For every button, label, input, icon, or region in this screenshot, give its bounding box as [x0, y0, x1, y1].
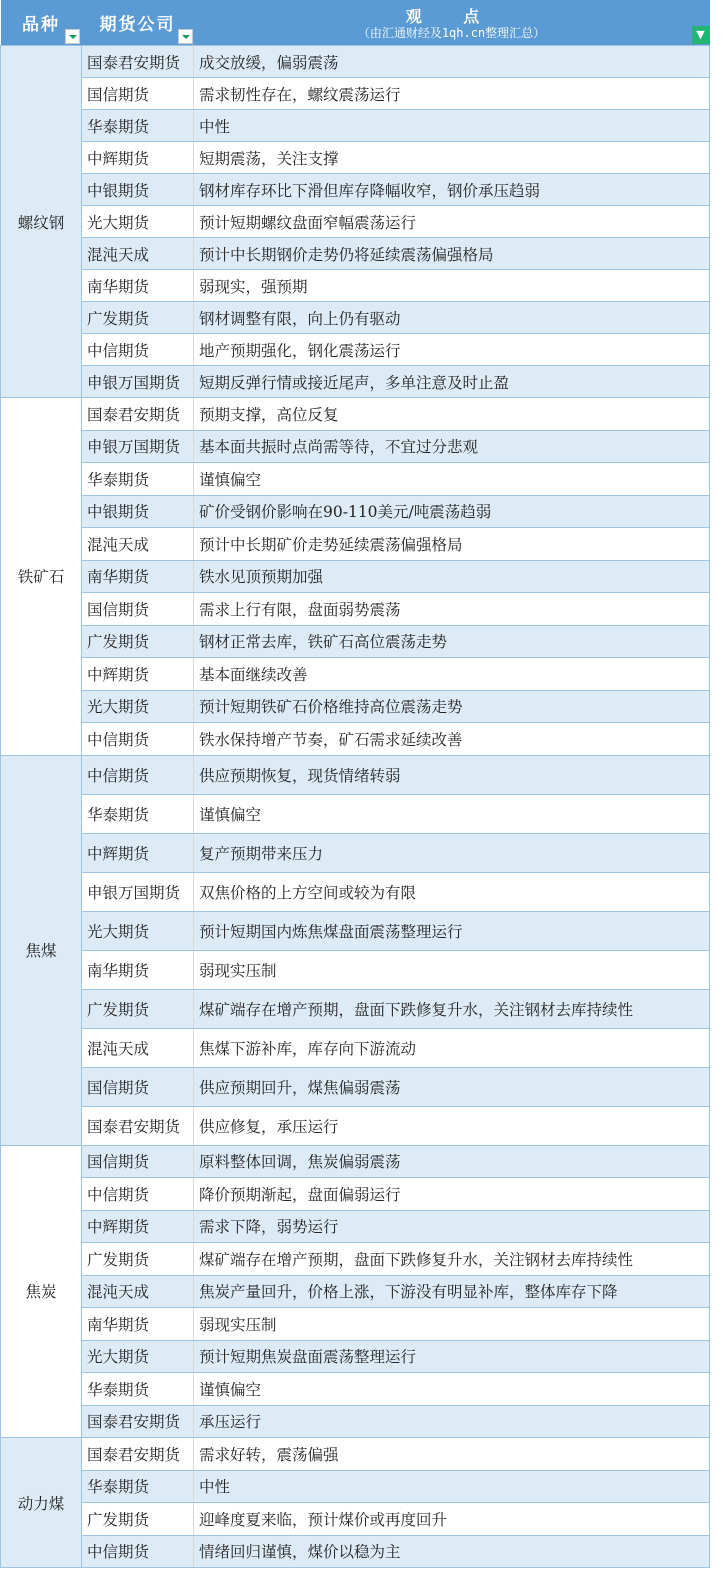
- table-row: 国信期货供应预期回升，煤焦偏弱震荡: [1, 1067, 710, 1106]
- table-row: 华泰期货中性: [1, 1470, 710, 1503]
- view-cell[interactable]: 预期支撑，高位反复: [194, 398, 710, 431]
- table-row: 广发期货煤矿端存在增产预期，盘面下跌修复升水，关注钢材去库持续性: [1, 989, 710, 1028]
- company-cell[interactable]: 南华期货: [82, 270, 194, 302]
- company-cell[interactable]: 国信期货: [82, 1067, 194, 1106]
- view-cell[interactable]: 煤矿端存在增产预期，盘面下跌修复升水，关注钢材去库持续性: [194, 989, 710, 1028]
- company-cell[interactable]: 中银期货: [82, 174, 194, 206]
- company-cell[interactable]: 华泰期货: [82, 1373, 194, 1406]
- table-row: 华泰期货谨慎偏空: [1, 463, 710, 496]
- company-cell[interactable]: 中信期货: [82, 1178, 194, 1211]
- company-cell[interactable]: 国泰君安期货: [82, 46, 194, 78]
- view-cell[interactable]: 矿价受钢价影响在90-110美元/吨震荡趋弱: [194, 495, 710, 528]
- column-header-category-label: 品种: [22, 10, 60, 35]
- company-cell[interactable]: 申银万国期货: [82, 430, 194, 463]
- company-cell[interactable]: 国泰君安期货: [82, 1405, 194, 1438]
- view-cell[interactable]: 短期震荡，关注支撑: [194, 142, 710, 174]
- company-cell[interactable]: 华泰期货: [82, 110, 194, 142]
- company-cell[interactable]: 广发期货: [82, 1243, 194, 1276]
- view-cell[interactable]: 原料整体回调，焦炭偏弱震荡: [194, 1145, 710, 1178]
- view-cell[interactable]: 基本面共振时点尚需等待，不宜过分悲观: [194, 430, 710, 463]
- view-cell[interactable]: 钢材正常去库，铁矿石高位震荡走势: [194, 625, 710, 658]
- view-cell[interactable]: 焦煤下游补库，库存向下游流动: [194, 1028, 710, 1067]
- table-row: 申银万国期货双焦价格的上方空间或较为有限: [1, 872, 710, 911]
- table-row: 南华期货弱现实压制: [1, 1308, 710, 1341]
- category-cell[interactable]: 焦煤: [1, 755, 82, 1145]
- table-row: 南华期货弱现实，强预期: [1, 270, 710, 302]
- company-cell[interactable]: 中辉期货: [82, 1210, 194, 1243]
- column-header-view: 观 点 （由汇通财经及1qh.cn整理汇总） ▼: [194, 0, 710, 46]
- view-cell[interactable]: 钢材库存环比下滑但库存降幅收窄，钢价承压趋弱: [194, 174, 710, 206]
- view-cell[interactable]: 预计短期铁矿石价格维持高位震荡走势: [194, 690, 710, 723]
- company-cell[interactable]: 中信期货: [82, 334, 194, 366]
- view-cell[interactable]: 降价预期渐起，盘面偏弱运行: [194, 1178, 710, 1211]
- table-row: 中辉期货短期震荡，关注支撑: [1, 142, 710, 174]
- table-row: 铁矿石国泰君安期货预期支撑，高位反复: [1, 398, 710, 431]
- view-cell[interactable]: 弱现实压制: [194, 1308, 710, 1341]
- view-cell[interactable]: 谨慎偏空: [194, 463, 710, 496]
- view-cell[interactable]: 钢材调整有限，向上仍有驱动: [194, 302, 710, 334]
- table-row: 光大期货预计短期螺纹盘面窄幅震荡运行: [1, 206, 710, 238]
- category-cell[interactable]: 焦炭: [1, 1145, 82, 1438]
- table-row: 混沌天成焦炭产量回升，价格上涨，下游没有明显补库，整体库存下降: [1, 1275, 710, 1308]
- view-cell[interactable]: 需求韧性存在，螺纹震荡运行: [194, 78, 710, 110]
- category-cell[interactable]: 螺纹钢: [1, 46, 82, 398]
- view-cell[interactable]: 预计中长期矿价走势延续震荡偏强格局: [194, 528, 710, 561]
- table-row: 华泰期货中性: [1, 110, 710, 142]
- company-cell[interactable]: 国信期货: [82, 78, 194, 110]
- view-cell[interactable]: 情绪回归谨慎，煤价以稳为主: [194, 1535, 710, 1568]
- table-row: 混沌天成预计中长期钢价走势仍将延续震荡偏强格局: [1, 238, 710, 270]
- company-cell[interactable]: 华泰期货: [82, 1470, 194, 1503]
- table-header-row: 品种 期货公司 观 点 （由汇通财经及1qh.cn整理汇总） ▼: [1, 0, 710, 46]
- table-row: 光大期货预计短期铁矿石价格维持高位震荡走势: [1, 690, 710, 723]
- company-cell[interactable]: 国泰君安期货: [82, 1438, 194, 1471]
- view-cell[interactable]: 谨慎偏空: [194, 794, 710, 833]
- view-cell[interactable]: 弱现实压制: [194, 950, 710, 989]
- table-row: 焦炭国信期货原料整体回调，焦炭偏弱震荡: [1, 1145, 710, 1178]
- view-cell[interactable]: 需求好转，震荡偏强: [194, 1438, 710, 1471]
- company-cell[interactable]: 中信期货: [82, 1535, 194, 1568]
- column-header-view-title: 观 点: [194, 8, 710, 26]
- filter-icon[interactable]: ▼: [692, 26, 710, 44]
- company-cell[interactable]: 申银万国期货: [82, 872, 194, 911]
- table-row: 中辉期货复产预期带来压力: [1, 833, 710, 872]
- table-row: 动力煤国泰君安期货需求好转，震荡偏强: [1, 1438, 710, 1471]
- futures-views-table: 品种 期货公司 观 点 （由汇通财经及1qh.cn整理汇总） ▼ 螺纹钢国泰君安…: [0, 0, 710, 1568]
- column-header-company-label: 期货公司: [100, 10, 176, 35]
- company-cell[interactable]: 中辉期货: [82, 142, 194, 174]
- table-row: 焦煤中信期货供应预期恢复，现货情绪转弱: [1, 755, 710, 794]
- column-header-company: 期货公司: [82, 0, 194, 46]
- company-cell[interactable]: 华泰期货: [82, 794, 194, 833]
- table-row: 中信期货情绪回归谨慎，煤价以稳为主: [1, 1535, 710, 1568]
- view-cell[interactable]: 弱现实，强预期: [194, 270, 710, 302]
- company-cell[interactable]: 中辉期货: [82, 658, 194, 691]
- table-row: 南华期货弱现实压制: [1, 950, 710, 989]
- table-row: 广发期货钢材正常去库，铁矿石高位震荡走势: [1, 625, 710, 658]
- category-cell[interactable]: 铁矿石: [1, 398, 82, 756]
- view-cell[interactable]: 基本面继续改善: [194, 658, 710, 691]
- company-cell[interactable]: 光大期货: [82, 911, 194, 950]
- company-cell[interactable]: 中辉期货: [82, 833, 194, 872]
- company-cell[interactable]: 申银万国期货: [82, 366, 194, 398]
- view-cell[interactable]: 谨慎偏空: [194, 1373, 710, 1406]
- view-cell[interactable]: 需求上行有限，盘面弱势震荡: [194, 593, 710, 626]
- view-cell[interactable]: 预计短期螺纹盘面窄幅震荡运行: [194, 206, 710, 238]
- view-cell[interactable]: 铁水见顶预期加强: [194, 560, 710, 593]
- company-cell[interactable]: 混沌天成: [82, 1028, 194, 1067]
- table-row: 华泰期货谨慎偏空: [1, 794, 710, 833]
- table-row: 申银万国期货基本面共振时点尚需等待，不宜过分悲观: [1, 430, 710, 463]
- table-row: 国泰君安期货承压运行: [1, 1405, 710, 1438]
- company-cell[interactable]: 混沌天成: [82, 1275, 194, 1308]
- company-cell[interactable]: 广发期货: [82, 625, 194, 658]
- company-cell[interactable]: 光大期货: [82, 690, 194, 723]
- company-cell[interactable]: 中信期货: [82, 723, 194, 756]
- view-cell[interactable]: 焦炭产量回升，价格上涨，下游没有明显补库，整体库存下降: [194, 1275, 710, 1308]
- table-row: 中辉期货需求下降，弱势运行: [1, 1210, 710, 1243]
- view-cell[interactable]: 供应修复，承压运行: [194, 1106, 710, 1145]
- company-cell[interactable]: 光大期货: [82, 1340, 194, 1373]
- view-cell[interactable]: 复产预期带来压力: [194, 833, 710, 872]
- company-cell[interactable]: 国泰君安期货: [82, 398, 194, 431]
- company-cell[interactable]: 南华期货: [82, 560, 194, 593]
- view-cell[interactable]: 中性: [194, 110, 710, 142]
- table-row: 混沌天成焦煤下游补库，库存向下游流动: [1, 1028, 710, 1067]
- company-cell[interactable]: 混沌天成: [82, 528, 194, 561]
- table-row: 广发期货煤矿端存在增产预期，盘面下跌修复升水，关注钢材去库持续性: [1, 1243, 710, 1276]
- view-cell[interactable]: 供应预期回升，煤焦偏弱震荡: [194, 1067, 710, 1106]
- table-row: 国泰君安期货供应修复，承压运行: [1, 1106, 710, 1145]
- view-cell[interactable]: 中性: [194, 1470, 710, 1503]
- view-cell[interactable]: 地产预期强化，钢化震荡运行: [194, 334, 710, 366]
- table-row: 螺纹钢国泰君安期货成交放缓，偏弱震荡: [1, 46, 710, 78]
- table-row: 南华期货铁水见顶预期加强: [1, 560, 710, 593]
- company-cell[interactable]: 华泰期货: [82, 463, 194, 496]
- company-cell[interactable]: 光大期货: [82, 206, 194, 238]
- table-row: 华泰期货谨慎偏空: [1, 1373, 710, 1406]
- company-cell[interactable]: 中信期货: [82, 755, 194, 794]
- company-cell[interactable]: 南华期货: [82, 1308, 194, 1341]
- company-cell[interactable]: 混沌天成: [82, 238, 194, 270]
- view-cell[interactable]: 需求下降，弱势运行: [194, 1210, 710, 1243]
- table-row: 广发期货迎峰度夏来临，预计煤价或再度回升: [1, 1503, 710, 1536]
- table-row: 中信期货铁水保持增产节奏，矿石需求延续改善: [1, 723, 710, 756]
- view-cell[interactable]: 迎峰度夏来临，预计煤价或再度回升: [194, 1503, 710, 1536]
- table-row: 光大期货预计短期国内炼焦煤盘面震荡整理运行: [1, 911, 710, 950]
- company-cell[interactable]: 广发期货: [82, 302, 194, 334]
- dropdown-arrow-icon[interactable]: [65, 29, 80, 44]
- company-cell[interactable]: 广发期货: [82, 1503, 194, 1536]
- table-row: 申银万国期货短期反弹行情或接近尾声，多单注意及时止盈: [1, 366, 710, 398]
- table-row: 中辉期货基本面继续改善: [1, 658, 710, 691]
- view-cell[interactable]: 短期反弹行情或接近尾声，多单注意及时止盈: [194, 366, 710, 398]
- table-row: 中信期货降价预期渐起，盘面偏弱运行: [1, 1178, 710, 1211]
- company-cell[interactable]: 国泰君安期货: [82, 1106, 194, 1145]
- table-row: 中银期货矿价受钢价影响在90-110美元/吨震荡趋弱: [1, 495, 710, 528]
- column-header-view-subtitle: （由汇通财经及1qh.cn整理汇总）: [194, 26, 710, 40]
- table-row: 中信期货地产预期强化，钢化震荡运行: [1, 334, 710, 366]
- view-cell[interactable]: 承压运行: [194, 1405, 710, 1438]
- view-cell[interactable]: 煤矿端存在增产预期，盘面下跌修复升水，关注钢材去库持续性: [194, 1243, 710, 1276]
- company-cell[interactable]: 广发期货: [82, 989, 194, 1028]
- company-cell[interactable]: 国信期货: [82, 593, 194, 626]
- dropdown-arrow-icon[interactable]: [178, 29, 193, 44]
- view-cell[interactable]: 双焦价格的上方空间或较为有限: [194, 872, 710, 911]
- company-cell[interactable]: 南华期货: [82, 950, 194, 989]
- view-cell[interactable]: 预计短期焦炭盘面震荡整理运行: [194, 1340, 710, 1373]
- category-cell[interactable]: 动力煤: [1, 1438, 82, 1568]
- table-row: 国信期货需求上行有限，盘面弱势震荡: [1, 593, 710, 626]
- view-cell[interactable]: 铁水保持增产节奏，矿石需求延续改善: [194, 723, 710, 756]
- company-cell[interactable]: 中银期货: [82, 495, 194, 528]
- table-row: 中银期货钢材库存环比下滑但库存降幅收窄，钢价承压趋弱: [1, 174, 710, 206]
- table-row: 广发期货钢材调整有限，向上仍有驱动: [1, 302, 710, 334]
- company-cell[interactable]: 国信期货: [82, 1145, 194, 1178]
- futures-views-table-sheet: 品种 期货公司 观 点 （由汇通财经及1qh.cn整理汇总） ▼ 螺纹钢国泰君安…: [0, 0, 710, 1568]
- table-body: 螺纹钢国泰君安期货成交放缓，偏弱震荡国信期货需求韧性存在，螺纹震荡运行华泰期货中…: [1, 46, 710, 1568]
- column-header-category: 品种: [1, 0, 82, 46]
- view-cell[interactable]: 成交放缓，偏弱震荡: [194, 46, 710, 78]
- table-row: 光大期货预计短期焦炭盘面震荡整理运行: [1, 1340, 710, 1373]
- view-cell[interactable]: 预计短期国内炼焦煤盘面震荡整理运行: [194, 911, 710, 950]
- table-row: 混沌天成预计中长期矿价走势延续震荡偏强格局: [1, 528, 710, 561]
- table-row: 国信期货需求韧性存在，螺纹震荡运行: [1, 78, 710, 110]
- view-cell[interactable]: 供应预期恢复，现货情绪转弱: [194, 755, 710, 794]
- view-cell[interactable]: 预计中长期钢价走势仍将延续震荡偏强格局: [194, 238, 710, 270]
